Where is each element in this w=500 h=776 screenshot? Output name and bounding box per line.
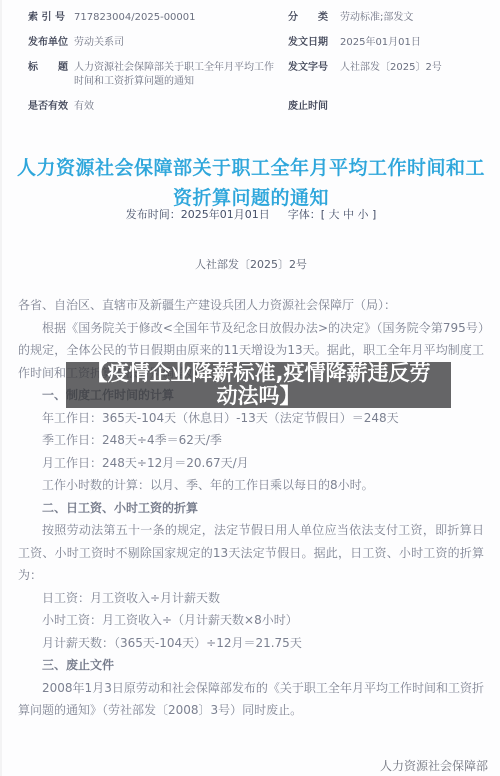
meta-label: 是否有效 <box>28 100 74 114</box>
notice-body: 各省、自治区、直辖市及新疆生产建设兵团人力资源社会保障厅（局）： 根据《国务院关… <box>18 294 484 722</box>
body-paragraph: 按照劳动法第五十一条的规定，法定节假日用人单位应当依法支付工资，即折算日工资、小… <box>18 519 484 587</box>
meta-value: 劳动关系司 <box>74 36 288 50</box>
meta-value: 劳动标准;部发文 <box>340 11 490 25</box>
page-title: 人力资源社会保障部关于职工全年月平均工作时间和工资折算问题的通知 <box>16 153 486 213</box>
publish-line: 发布时间：2025年01月01日字体：[ 大 中 小 ] <box>2 207 500 223</box>
meta-value: 2025年01月01日 <box>340 36 490 50</box>
meta-value: 人社部发〔2025〕2号 <box>340 61 490 89</box>
meta-label: 废止时间 <box>288 100 340 114</box>
meta-label: 发文日期 <box>288 36 340 50</box>
meta-value: 人力资源社会保障部关于职工全年月平均工作时间和工资折算问题的通知 <box>74 61 288 89</box>
body-paragraph: 各省、自治区、直辖市及新疆生产建设兵团人力资源社会保障厅（局）： <box>18 294 484 317</box>
font-size-small-link[interactable]: 小 <box>358 208 369 221</box>
document-number: 人社部发〔2025〕2号 <box>2 257 500 273</box>
bracket-close: ] <box>372 208 376 221</box>
watermark-line: 动法吗】 <box>66 385 451 408</box>
meta-label: 标 题 <box>28 61 74 89</box>
body-paragraph: 二、日工资、小时工资的折算 <box>18 497 484 520</box>
body-paragraph: 三、废止文件 <box>18 654 484 677</box>
font-size-medium-link[interactable]: 中 <box>343 208 354 221</box>
body-paragraph: 2008年1月3日原劳动和社会保障部发布的《关于职工全年月平均工作时间和工资折算… <box>18 677 484 722</box>
meta-value: 有效 <box>74 100 288 114</box>
watermark-overlay: 【疫情企业降薪标准,疫情降薪违反劳 动法吗】 <box>66 362 451 408</box>
body-paragraph: 季工作日：248天÷4季＝62天/季 <box>18 429 484 452</box>
body-paragraph: 小时工资：月工资收入÷（月计薪天数×8小时） <box>18 609 484 632</box>
meta-label: 发布单位 <box>28 36 74 50</box>
body-paragraph: 日工资：月工资收入÷月计薪天数 <box>18 587 484 610</box>
font-size-label: 字体： <box>288 208 321 221</box>
notice-page: 索 引 号 717823004/2025-00001 分 类 劳动标准;部发文 … <box>0 0 500 776</box>
body-paragraph: 月工作日：248天÷12月＝20.67天/月 <box>18 452 484 475</box>
watermark-line: 【疫情企业降薪标准,疫情降薪违反劳 <box>66 362 451 385</box>
body-paragraph: 月计薪天数：（365天-104天）÷12月＝21.75天 <box>18 632 484 655</box>
meta-label: 分 类 <box>288 11 340 25</box>
publish-time-label: 发布时间： <box>126 208 181 221</box>
document-meta-table: 索 引 号 717823004/2025-00001 分 类 劳动标准;部发文 … <box>28 11 490 114</box>
body-paragraph: 工作小时数的计算：以月、季、年的工作日乘以每日的8小时。 <box>18 474 484 497</box>
body-paragraph: 年工作日：365天-104天（休息日）-13天（法定节假日）＝248天 <box>18 407 484 430</box>
meta-label: 发文字号 <box>288 61 340 89</box>
meta-value: 717823004/2025-00001 <box>74 11 288 25</box>
font-size-large-link[interactable]: 大 <box>329 208 340 221</box>
meta-value <box>340 100 490 114</box>
bracket-open: [ <box>321 208 325 221</box>
meta-label: 索 引 号 <box>28 11 74 25</box>
publish-date: 2025年01月01日 <box>181 208 270 221</box>
footer-issuer: 人力资源社会保障部 <box>380 758 488 774</box>
